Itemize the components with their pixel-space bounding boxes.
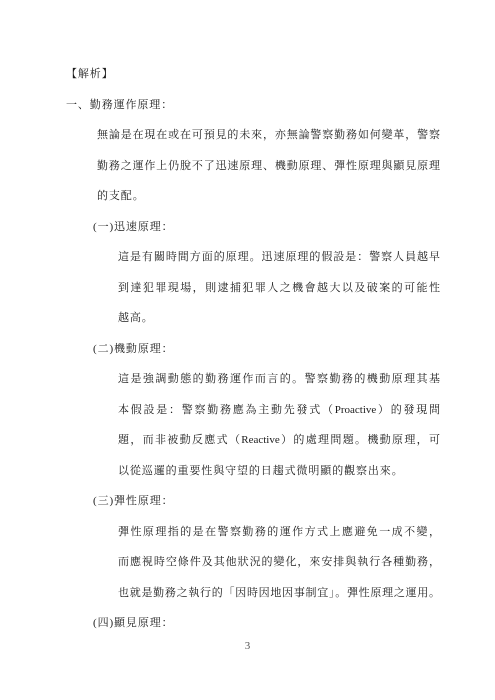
paragraph-line: 而應視時空條件及其他狀況的變化，來安排與執行各種勤務， — [118, 547, 440, 577]
subsection-3-heading: (三)彈性原理： — [93, 486, 174, 516]
analysis-header: 【解析】 — [66, 59, 114, 89]
paragraph-line: 本假設是：警察勤務應為主動先發式（Proactive）的發現問 — [118, 395, 440, 425]
paragraph-line: 無論是在現在或在可預見的未來，亦無論警察勤務如何變革，警察 — [97, 120, 440, 150]
subsection-1-heading: (一)迅速原理： — [93, 212, 174, 242]
page-number: 3 — [0, 636, 495, 656]
paragraph-line: 這是強調動態的勤務運作而言的。警察勤務的機動原理其基 — [118, 364, 440, 394]
paragraph-line: 到達犯罪現場，則逮捕犯罪人之機會越大以及破案的可能性 — [118, 273, 440, 303]
paragraph-line: 這是有關時間方面的原理。迅速原理的假設是：警察人員越早 — [118, 242, 440, 272]
paragraph-line: 越高。 — [118, 303, 154, 333]
paragraph-line: 的支配。 — [97, 181, 145, 211]
paragraph-line: 勤務之運作上仍脫不了迅速原理、機動原理、彈性原理與顯見原理 — [97, 151, 440, 181]
paragraph-line: 也就是勤務之執行的「因時因地因事制宜」。彈性原理之運用。 — [118, 578, 440, 608]
document-page: 【解析】 一、勤務運作原理： 無論是在現在或在可預見的未來，亦無論警察勤務如何變… — [0, 0, 495, 700]
subsection-2-heading: (二)機動原理： — [93, 334, 174, 364]
paragraph-line: 以從巡邏的重要性與守望的日趨式微明顯的觀察出來。 — [118, 456, 404, 486]
section-1-heading: 一、勤務運作原理： — [66, 90, 173, 120]
paragraph-line: 題，而非被動反應式（Reactive）的處理問題。機動原理，可 — [118, 425, 440, 455]
subsection-4-heading: (四)顯見原理： — [93, 608, 174, 638]
paragraph-line: 彈性原理指的是在警察勤務的運作方式上應避免一成不變， — [118, 517, 440, 547]
